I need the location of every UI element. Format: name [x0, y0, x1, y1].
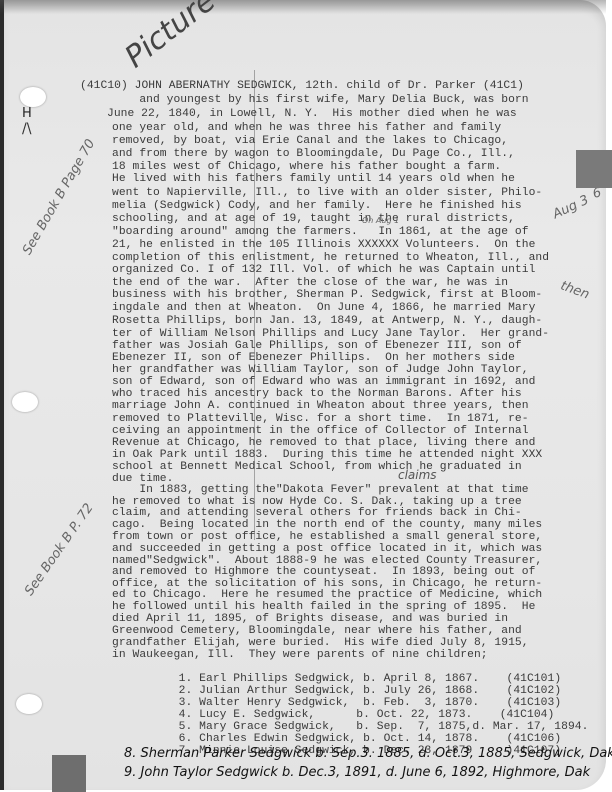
scan-tab-right [576, 150, 612, 188]
text-line: died April 11, 1895, of Brights disease,… [112, 613, 508, 625]
text-line: father was Josiah Gale Phillips, son of … [112, 340, 522, 352]
text-line: In 1883, getting the"Dakota Fever" preva… [112, 484, 529, 496]
text-line: schooling, and at age of 19, taught in t… [112, 213, 515, 225]
text-line: 18 miles west of Chicago, where his fath… [112, 161, 501, 173]
text-line: "boarding around" among the farmers. In … [112, 226, 529, 238]
text-line: business with his brother, Sherman P. Se… [112, 289, 542, 301]
text-line: and from there by wagon to Bloomingdale,… [112, 148, 515, 160]
aug-note: Aug 3 [551, 193, 592, 223]
text-line: removed to Platteville, Wisc. for a shor… [112, 413, 529, 425]
text-line: melia (Sedgwick) Cody, and her family. H… [112, 200, 522, 212]
claims-note: claims [398, 468, 437, 482]
text-line: organized Co. I of 132 Ill. Vol. of whic… [112, 264, 535, 276]
text-line: one year old, and when he was three his … [112, 122, 501, 134]
text-line: marriage John A. continued in Wheaton ab… [112, 400, 529, 412]
text-line: Greenwood Cemetery, Bloomingdale, near w… [112, 625, 522, 637]
text-line: ceiving an appointment in the office of … [112, 425, 529, 437]
text-line: grandfather Elijah, were buried. His wif… [112, 637, 529, 649]
text-line: went to Napierville, Ill., to live with … [112, 187, 542, 199]
text-line: completion of this enlistment, he return… [112, 252, 549, 264]
text-line: removed, by boat, via Erie Canal and the… [112, 135, 508, 147]
text-line: the end of the war. After the close of t… [112, 277, 508, 289]
margin-h-note: H [22, 106, 32, 121]
text-line: ter of William Nelson Phillips and Lucy … [112, 328, 549, 340]
children-list: 1. Earl Phillips Sedgwick, b. April 8, 1… [0, 626, 41, 734]
text-line: her grandfather was William Taylor, son … [112, 364, 529, 376]
text-line: June 22, 1840, in Lowell, N. Y. His moth… [107, 108, 517, 120]
document-page: (41C10) JOHN ABERNATHY SEDGWICK, 12th. c… [0, 0, 606, 790]
text-line: Revenue at Chicago, he removed to that p… [112, 437, 535, 449]
text-line: Rosetta Phillips, born Jan. 13, 1849, at… [112, 315, 542, 327]
text-line: ingdale and then at Wheaton. On June 4, … [112, 302, 535, 314]
text-line: cago. Being located in the north end of … [112, 519, 542, 531]
text-line: and removed to Highmore the countyseat. … [112, 566, 535, 578]
text-line: son of Edward, son of Edward who was an … [112, 376, 535, 388]
text-line: from town or post office, he established… [112, 531, 542, 543]
then-note: then [558, 278, 591, 302]
text-line: he followed until his health failed in t… [112, 601, 535, 613]
text-line: in Oak Park until 1883. During this time… [112, 449, 542, 461]
handwritten-child-9: 9. John Taylor Sedgwick b. Dec.3, 1891, … [124, 765, 590, 780]
text-line: (41C10) JOHN ABERNATHY SEDGWICK, 12th. c… [80, 80, 524, 92]
typed-body: (41C10) JOHN ABERNATHY SEDGWICK, 12th. c… [0, 0, 41, 759]
text-line: school at Bennett Medical School, from w… [112, 461, 522, 473]
handwritten-child-8: 8. Sherman Parker Sedgwick b. Sep.3. 188… [124, 746, 612, 761]
text-line: and succeeded in getting a post office l… [112, 543, 542, 555]
margin-caret: /\ [22, 121, 31, 137]
text-line: He lived with his fathers family until 1… [112, 173, 515, 185]
text-line: and youngest by his first wife, Mary Del… [112, 94, 529, 106]
text-line: Ebenezer II, son of Ebenezer Phillips. O… [112, 352, 515, 364]
text-line: who traced his ancestry back to the Norm… [112, 388, 522, 400]
text-line: claim, and attending several others for … [112, 507, 522, 519]
text-line: ed to Chicago. Here he resumed the pract… [112, 589, 542, 601]
scan-tab-bottom [52, 755, 86, 792]
aug-inline-note: On Aug 1 [362, 216, 399, 225]
scan-shadow [0, 0, 606, 14]
text-line: 21, he enlisted in the 105 Illinois XXXX… [112, 239, 535, 251]
text-line: in Waukeegan, Ill. They were parents of … [112, 649, 488, 661]
